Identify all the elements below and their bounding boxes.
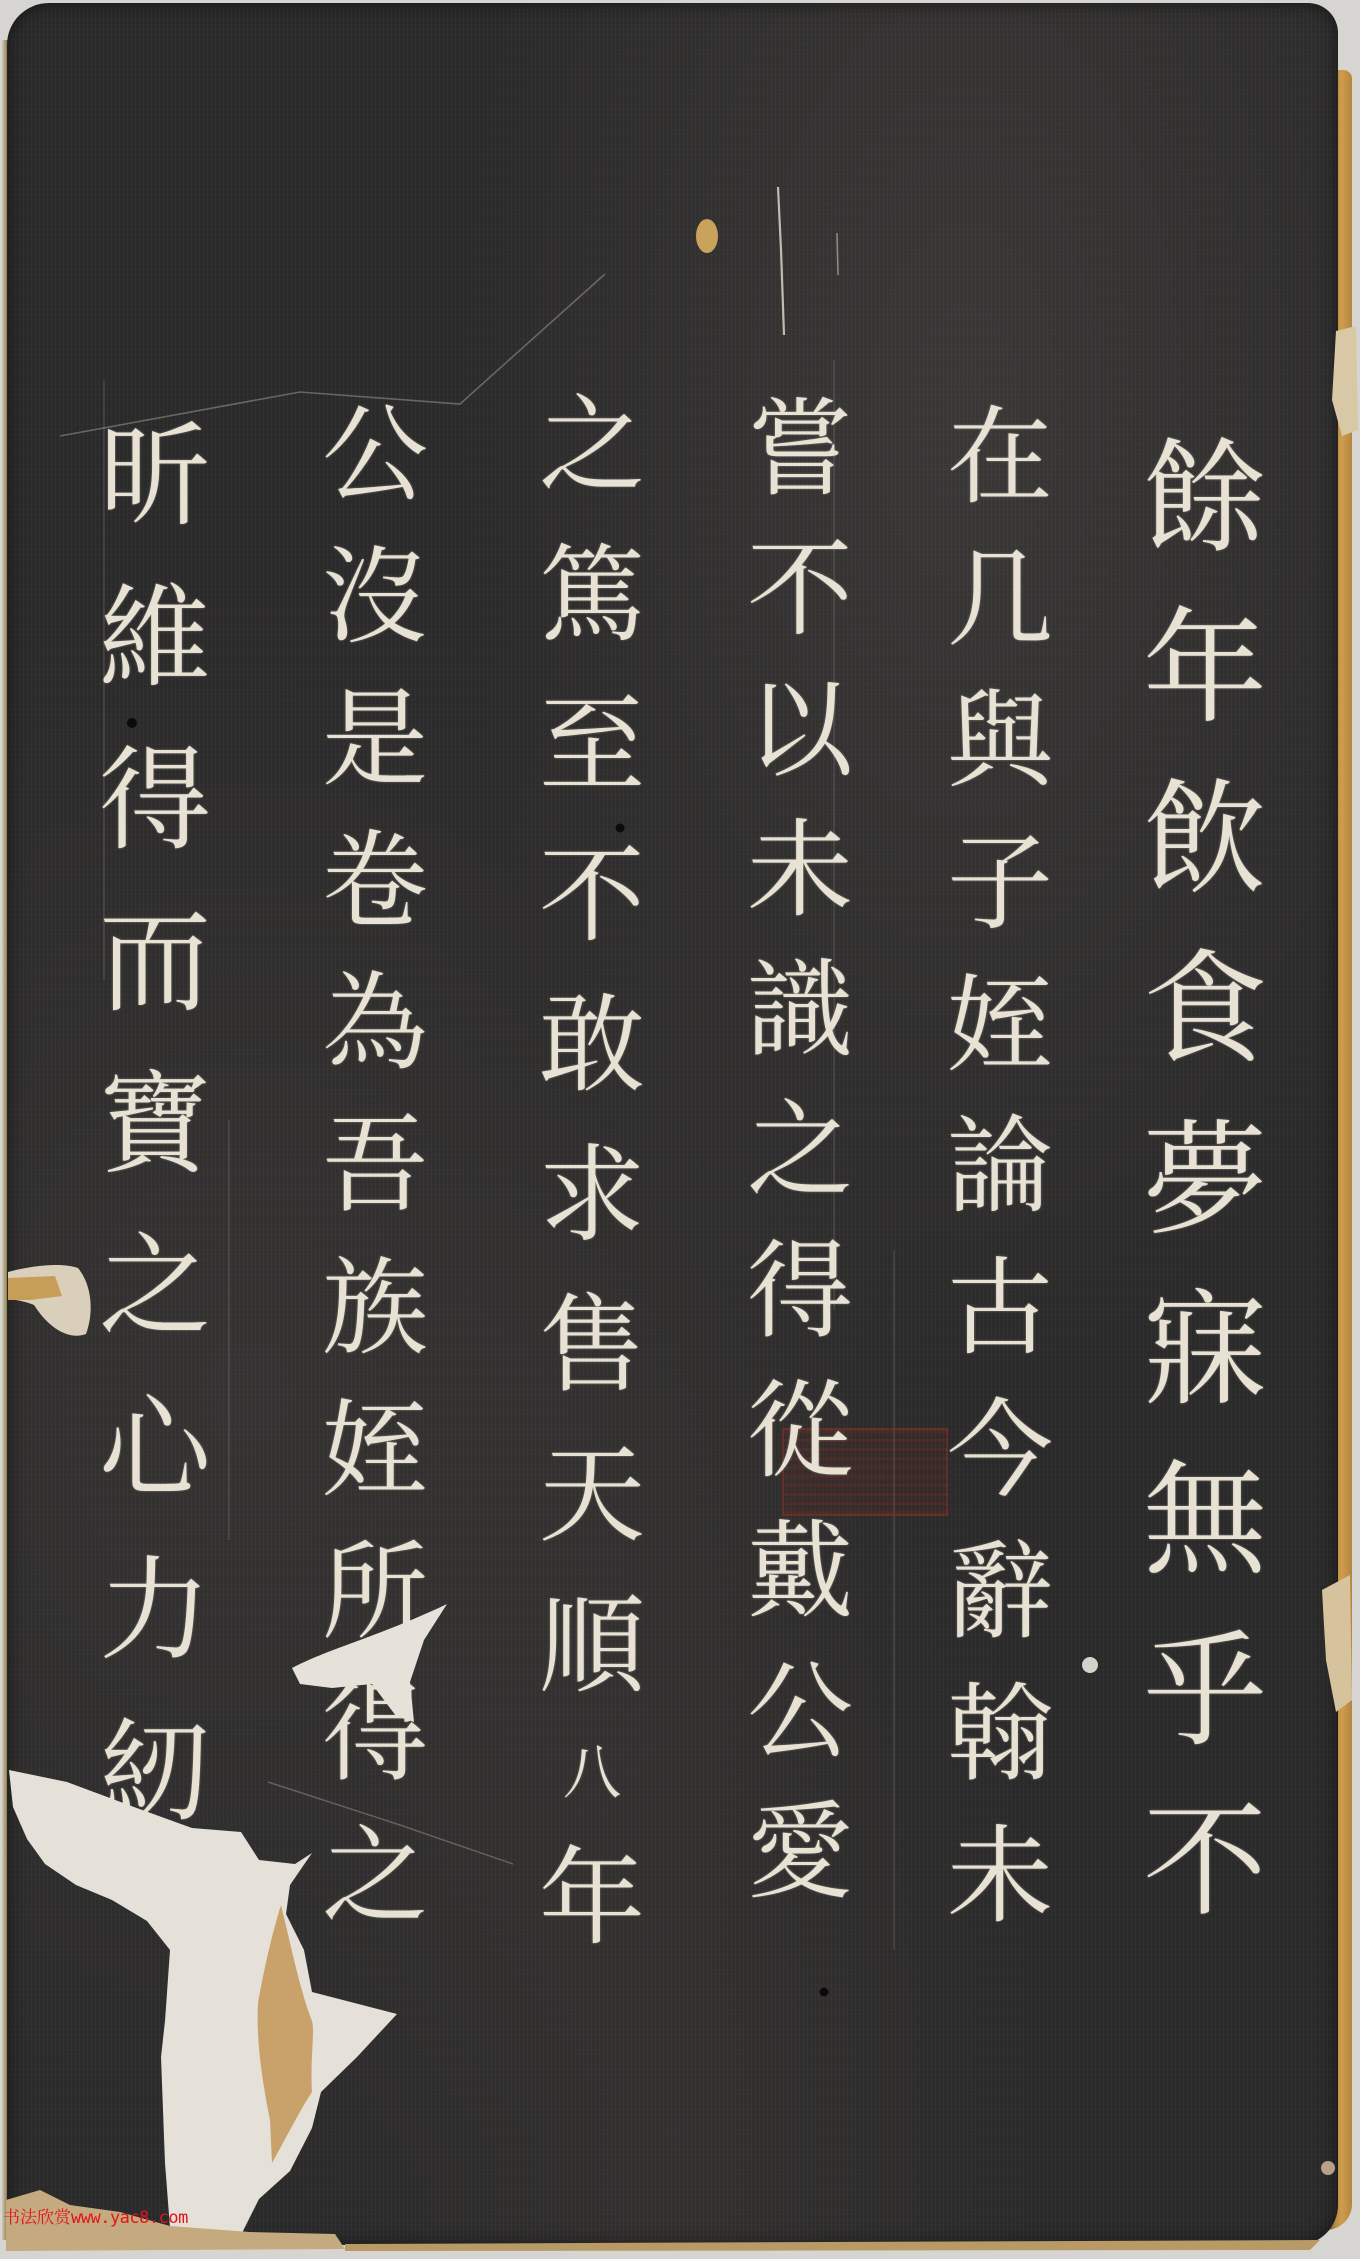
rubbing-seam-line [893,1250,895,1950]
inscription-column-1: 餘 年 飲 食 夢 寐 無 乎 不 [1115,437,1295,1924]
calligraphy-char: 子 [947,831,1053,937]
calligraphy-char: 論 [947,1114,1053,1220]
calligraphy-char: 無 [1143,1459,1267,1583]
calligraphy-char: 吾 [322,1113,428,1219]
inscription-column-6: 昕 維 得 而 寶 之 心 力 紉 [65,421,245,1829]
calligraphy-char: 得 [747,1239,853,1345]
calligraphy-char: 之 [99,1231,211,1343]
watermark-url-text: www.yac8.com [71,2208,188,2228]
calligraphy-char: 在 [947,405,1053,511]
calligraphy-char: 紉 [99,1717,211,1829]
calligraphy-char: 辭 [947,1540,1053,1646]
calligraphy-char: 所 [322,1540,428,1646]
calligraphy-char: 昕 [99,421,211,533]
calligraphy-char: 沒 [322,545,428,651]
calligraphy-char: 之 [539,393,645,499]
calligraphy-char: 不 [747,537,853,643]
calligraphy-char: 年 [1143,607,1267,731]
watermark-cn-text: 书法欣赏 [3,2208,71,2228]
calligraphy-char: 不 [1143,1800,1267,1924]
calligraphy-char: 得 [322,1682,428,1788]
calligraphy-char: 心 [99,1393,211,1505]
calligraphy-char: 以 [747,678,853,784]
calligraphy-char: 古 [947,1256,1053,1362]
calligraphy-char: 翰 [947,1682,1053,1788]
calligraphy-char: 求 [539,1143,645,1249]
calligraphy-char: 族 [322,1256,428,1362]
calligraphy-char: 敢 [539,993,645,1099]
calligraphy-char: 几 [947,547,1053,653]
inscription-column-3: 嘗 不 以 未 識 之 得 從 戴 公 愛 [710,397,890,1906]
calligraphy-char: 姪 [947,973,1053,1079]
calligraphy-char: 不 [539,843,645,949]
calligraphy-char: 之 [747,1098,853,1204]
calligraphy-char: 乎 [1143,1630,1267,1754]
site-watermark: 书法欣赏www.yac8.com [3,2208,188,2228]
calligraphy-char: 天 [539,1443,645,1549]
calligraphy-char: 姪 [322,1398,428,1504]
calligraphy-char: 而 [99,907,211,1019]
calligraphy-char: 戴 [747,1519,853,1625]
calligraphy-char: 未 [947,1824,1053,1930]
inscription-column-2: 在 几 與 子 姪 論 古 今 辭 翰 未 [910,405,1090,1930]
calligraphy-char: 飲 [1143,778,1267,902]
calligraphy-char: 卷 [322,829,428,935]
calligraphy-char: 為 [322,971,428,1077]
calligraphy-char: 至 [539,693,645,799]
calligraphy-char: 與 [947,689,1053,795]
calligraphy-char: 識 [747,958,853,1064]
calligraphy-char: 得 [99,745,211,857]
calligraphy-char: 餘 [1143,437,1267,561]
calligraphy-char: 夢 [1143,1119,1267,1243]
calligraphy-char: 售 [539,1293,645,1399]
calligraphy-char: 嘗 [747,397,853,503]
calligraphy-char: 愛 [747,1800,853,1906]
calligraphy-char: 八 [563,1744,621,1802]
inscription-column-4: 之 篤 至 不 敢 求 售 天 順 八 年 [502,393,682,1952]
calligraphy-char: 篤 [539,543,645,649]
calligraphy-char: 年 [539,1846,645,1952]
calligraphy-char: 維 [99,583,211,695]
inscription-column-5: 公 沒 是 卷 為 吾 族 姪 所 得 之 [285,403,465,1930]
calligraphy-char: 寶 [99,1069,211,1181]
calligraphy-char: 順 [539,1594,645,1700]
calligraphy-char: 寐 [1143,1289,1267,1413]
calligraphy-char: 未 [747,818,853,924]
calligraphy-char: 之 [322,1824,428,1930]
calligraphy-char: 今 [947,1398,1053,1504]
calligraphy-char: 食 [1143,948,1267,1072]
calligraphy-char: 公 [747,1660,853,1766]
calligraphy-char: 從 [747,1379,853,1485]
calligraphy-char: 公 [322,403,428,509]
calligraphy-char: 是 [322,687,428,793]
calligraphy-char: 力 [99,1555,211,1667]
